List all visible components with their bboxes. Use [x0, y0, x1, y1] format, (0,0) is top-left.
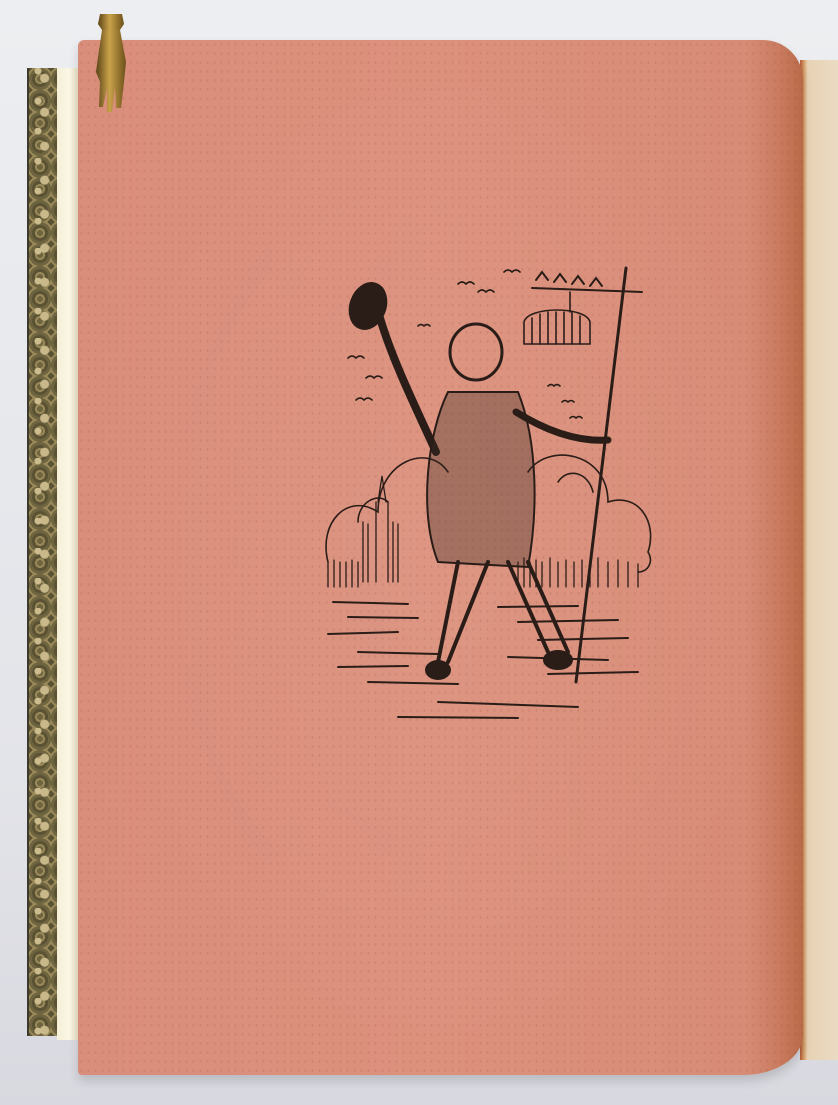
brass-hand-clip-icon [88, 12, 134, 112]
ground-strokes-icon [328, 602, 638, 718]
birdcage-icon [524, 292, 590, 344]
boy-figure-icon [380, 318, 608, 679]
facing-page [800, 60, 838, 1060]
ink-illustration [318, 262, 654, 736]
